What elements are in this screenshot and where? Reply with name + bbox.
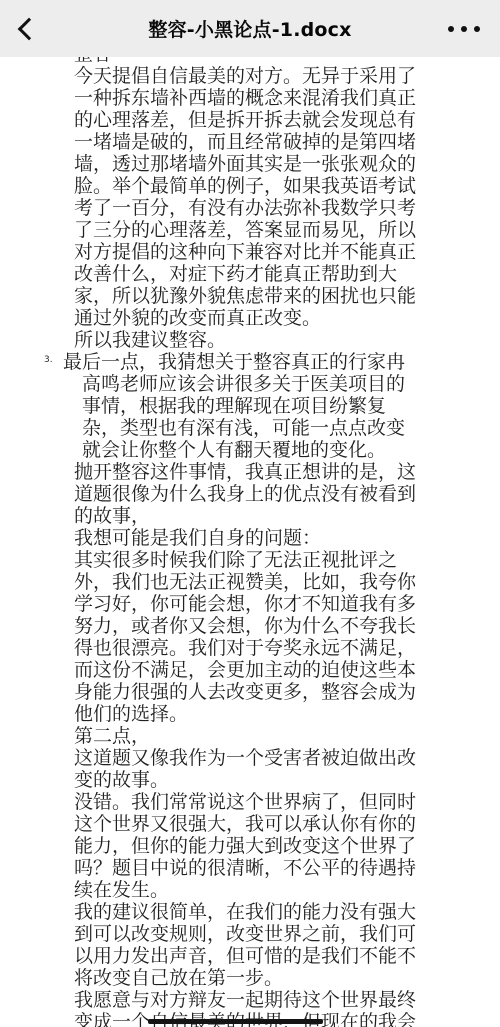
paragraph: 我想可能是我们自身的问题： [74,527,418,549]
back-button[interactable] [0,0,52,57]
clipped-top-line: 整容 [74,57,418,65]
paragraph: 抛开整容这件事情，我真正想讲的是，这道题很像为什么我身上的优点没有被看到的故事， [74,461,418,527]
three-dots-more-icon [448,26,454,32]
paragraph: 没错。我们常常说这个世界病了，但同时这个世界又很强大，我可以承认你有你的能力，但… [74,791,418,901]
paragraph: 所以我建议整容。 [74,329,418,351]
paragraph-text: 最后一点，我猜想关于整容真正的行家冉高鸣老师应该会讲很多关于医美项目的事情，根据… [63,351,405,461]
paragraph: 今天提倡自信最美的对方。无异于采用了一种拆东墙补西墙的概念来混淆我们真正的心理落… [74,65,418,329]
navbar: 整容-小黑论点-1.docx [0,0,500,57]
more-options-button[interactable] [446,0,482,57]
paragraph: 我的建议很简单，在我们的能力没有强大到可以改变规则，改变世界之前，我们可以用力发… [74,901,418,989]
document-title: 整容-小黑论点-1.docx [148,15,351,42]
paragraph: 其实很多时候我们除了无法正视批评之外，我们也无法正视赞美，比如，我夸你学习好，你… [74,549,418,725]
paragraph-text: 现在的我会 [321,1011,416,1027]
document-scroll-area[interactable]: 整容今天提倡自信最美的对方。无异于采用了一种拆东墙补西墙的概念来混淆我们真正的心… [0,57,418,1027]
paragraph: 这道题又像我作为一个受害者被迫做出改变的故事。 [74,747,418,791]
struck-text: 自信最美的世界，但 [150,1011,321,1027]
list-number-marker: 3. [44,355,53,365]
numbered-list-item: 3.最后一点，我猜想关于整容真正的行家冉高鸣老师应该会讲很多关于医美项目的事情，… [82,351,422,461]
paragraph: 第二点， [74,725,418,747]
chevron-left-icon [18,17,41,40]
paragraph: 我愿意与对方辩友一起期待这个世界最终变成一个自信最美的世界，但现在的我会 [74,989,418,1027]
